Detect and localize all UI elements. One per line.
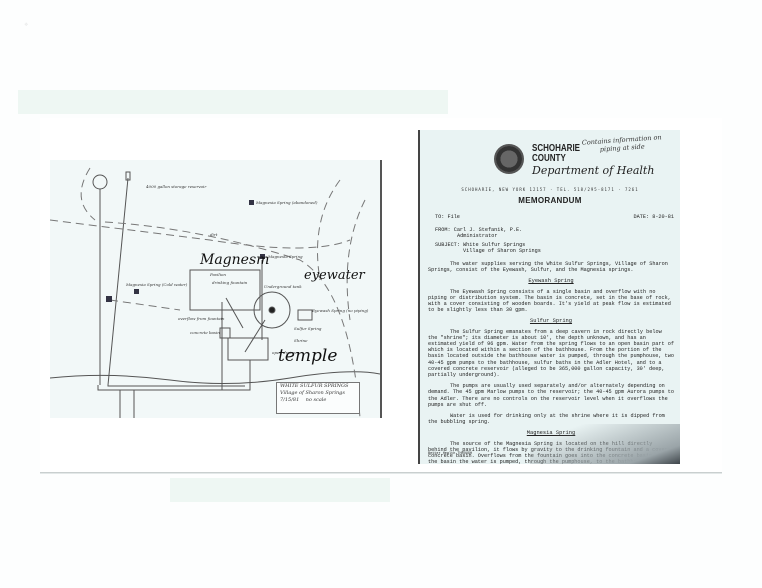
map-title-box: WHITE SULFUR SPRINGS Village of Sharon S… xyxy=(276,382,360,414)
section-text-sulfur: The Sulfur Spring emanates from a deep c… xyxy=(428,329,674,379)
section-heading-sulfur: Sulfur Spring xyxy=(428,318,674,324)
map-subtitle: Village of Sharon Springs xyxy=(277,390,359,397)
handwritten-magnesium: Magnesm xyxy=(200,252,269,268)
memo-subject: SUBJECT: White Sulfur Springs Village of… xyxy=(435,242,541,254)
subject-line2: Village of Sharon Springs xyxy=(435,248,541,254)
section-text-eyewash: The Eyewash Spring consists of a single … xyxy=(428,289,674,314)
scan-edge-band xyxy=(18,90,448,114)
label-dirt: dirt xyxy=(210,232,217,237)
label-underground-tank: Underground tank xyxy=(264,284,302,289)
memo-intro: The water supplies serving the White Sul… xyxy=(428,261,674,273)
from-name: Carl J. Stefanik, P.E. xyxy=(454,227,523,233)
label-eyewash-spring: Eyewash Spring (no piping) xyxy=(312,308,368,313)
agency-name: SCHOHARIE COUNTY xyxy=(532,144,580,164)
county-seal-icon xyxy=(494,144,524,174)
label-concrete-basin: concrete basin xyxy=(190,330,220,335)
map-date: 7/15/81 xyxy=(280,397,299,403)
section-heading-eyewash: Eyewash Spring xyxy=(428,278,674,284)
label-shrine: Shrine xyxy=(294,338,307,343)
memo-to: TO: File xyxy=(435,214,460,220)
label-magnesia-spring: Magnesia Spring xyxy=(268,254,303,259)
subject-label: SUBJECT: xyxy=(435,242,460,248)
handwritten-eyewater: eyewater xyxy=(304,268,365,283)
label-overflow: overflow from fountain xyxy=(178,316,224,321)
map-scale: no scale xyxy=(306,397,327,403)
memo-date: DATE: 8-20-81 xyxy=(634,214,675,220)
label-storage-reservoir: 4000 gallon storage reservoir xyxy=(146,184,206,189)
site-sketch-map: Magnesia Spring (abandoned) Magnesia Spr… xyxy=(50,160,382,418)
agency-address: SCHOHARIE, NEW YORK 12157 · TEL. 518/295… xyxy=(420,187,680,192)
scan-edge-band-bottom xyxy=(170,478,390,502)
from-label: FROM: xyxy=(435,227,451,233)
margin-marks: ⁘ xyxy=(24,22,28,28)
section-text-sulfur-pumps: The pumps are usually used separately an… xyxy=(428,383,674,408)
memo-footer: Better Health THROUGH xyxy=(428,451,472,457)
from-title: Administrator xyxy=(435,233,497,239)
handwritten-temple: temple xyxy=(278,346,337,366)
sketch-lines xyxy=(50,160,380,418)
scan-shadow xyxy=(530,424,680,464)
map-title: WHITE SULFUR SPRINGS xyxy=(277,383,359,390)
label-drinking-fountain: drinking fountain xyxy=(212,280,247,285)
to-label: TO: xyxy=(435,214,444,220)
label-pavilion: Pavilion xyxy=(210,272,226,277)
label-magnesia-abandoned: Magnesia Spring (abandoned) xyxy=(256,200,317,205)
agency-department: Department of Health xyxy=(532,164,654,177)
date-value: 8-20-81 xyxy=(652,214,674,220)
label-magnesia-cold: Magnesia Spring (Cold water) xyxy=(126,282,187,287)
memo-title: MEMORANDUM xyxy=(420,196,680,205)
map-date-scale: 7/15/81 no scale xyxy=(277,397,359,404)
memo-from: FROM: Carl J. Stefanik, P.E. Administrat… xyxy=(435,227,522,239)
memorandum-page: SCHOHARIE COUNTY Department of Health Co… xyxy=(418,130,680,464)
subject-line1: White Sulfur Springs xyxy=(463,242,525,248)
handwritten-note: Contains information on piping at side xyxy=(582,133,663,155)
label-sulfur-spring: Sulfur Spring xyxy=(294,326,321,331)
date-label: DATE: xyxy=(634,214,650,220)
agency-line2: COUNTY xyxy=(532,154,580,164)
to-value: File xyxy=(447,214,459,220)
